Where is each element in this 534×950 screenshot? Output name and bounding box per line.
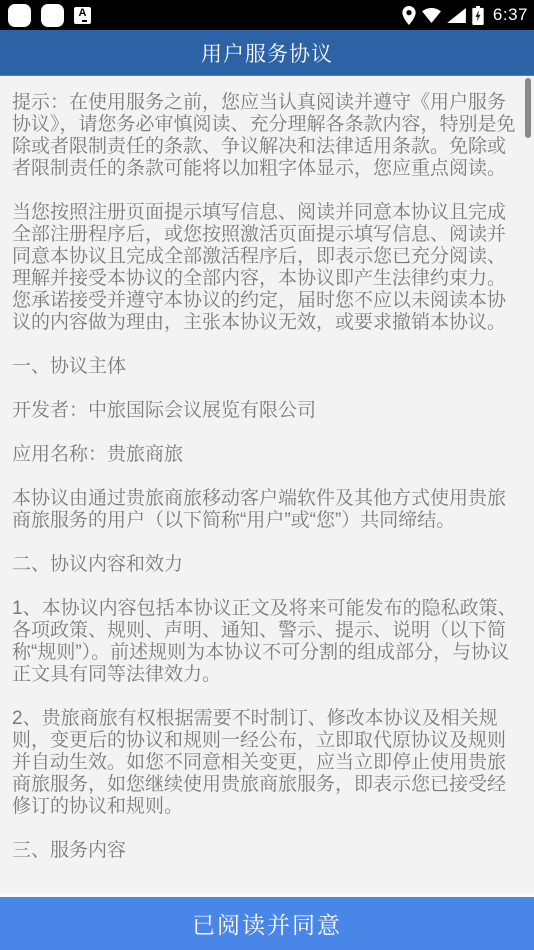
agreement-text: 提示：在使用服务之前，您应当认真阅读并遵守《用户服务协议》，请您务必审慎阅读、充… xyxy=(12,92,522,862)
keyboard-indicator-icon: A xyxy=(74,7,91,24)
section-heading: 三、服务内容 xyxy=(12,840,522,862)
cellular-signal-icon xyxy=(447,8,466,23)
notification-app-icon xyxy=(8,4,31,27)
status-bar-notifications: A xyxy=(8,0,91,30)
paragraph: 应用名称：贵旅商旅 xyxy=(12,444,522,466)
paragraph: 1、本协议内容包括本协议正文及将来可能发布的隐私政策、各项政策、规则、声明、通知… xyxy=(12,598,522,686)
section-heading: 一、协议主体 xyxy=(12,356,522,378)
status-bar: A xyxy=(0,0,534,30)
paragraph: 本协议由通过贵旅商旅移动客户端软件及其他方式使用贵旅商旅服务的用户（以下简称“用… xyxy=(12,488,522,532)
notification-app-icon xyxy=(41,4,64,27)
wifi-icon xyxy=(422,8,441,23)
paragraph: 开发者：中旅国际会议展览有限公司 xyxy=(12,400,522,422)
battery-charging-icon xyxy=(472,6,484,25)
app-screen: A xyxy=(0,0,534,950)
status-bar-system-icons: 6:37 xyxy=(402,0,528,30)
location-icon xyxy=(402,6,416,25)
agreement-scroll-area[interactable]: 提示：在使用服务之前，您应当认真阅读并遵守《用户服务协议》，请您务必审慎阅读、充… xyxy=(0,76,534,893)
paragraph: 当您按照注册页面提示填写信息、阅读并同意本协议且完成全部注册程序后，或您按照激活… xyxy=(12,202,522,334)
paragraph: 提示：在使用服务之前，您应当认真阅读并遵守《用户服务协议》，请您务必审慎阅读、充… xyxy=(12,92,522,180)
status-bar-clock: 6:37 xyxy=(493,0,528,30)
agree-button[interactable]: 已阅读并同意 xyxy=(0,897,534,950)
section-heading: 二、协议内容和效力 xyxy=(12,554,522,576)
page-title: 用户服务协议 xyxy=(201,38,333,68)
paragraph: 2、贵旅商旅有权根据需要不时制订、修改本协议及相关规则，变更后的协议和规则一经公… xyxy=(12,708,522,818)
keyboard-indicator-label: A xyxy=(79,7,87,20)
scrollbar-thumb[interactable] xyxy=(525,78,531,138)
app-bar: 用户服务协议 xyxy=(0,30,534,76)
